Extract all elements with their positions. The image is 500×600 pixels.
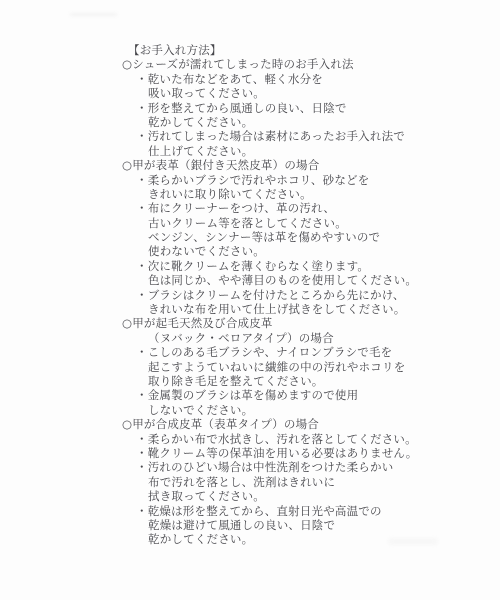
instruction-line: ・ブラシはクリームを付けたところから先にかけ、 — [136, 288, 500, 302]
instruction-line: ・柔らかいブラシで汚れやホコリ、砂などを — [136, 173, 500, 187]
care-instructions-text: 【お手入れ方法】 ○シューズが濡れてしまった時のお手入れ法 ・乾いた布などをあて… — [0, 43, 500, 547]
scan-artifact — [388, 538, 438, 545]
instruction-line-continuation: 乾燥は避けて風通しの良い、日陰で — [148, 518, 500, 532]
instruction-line-continuation: きれいな布を用いて仕上げ拭きをしてください。 — [148, 302, 500, 316]
instruction-line-continuation: しないでください。 — [148, 403, 500, 417]
instruction-line: ・形を整えてから風通しの良い、日陰で — [136, 101, 500, 115]
instruction-line-continuation: 乾かしてください。 — [148, 532, 500, 546]
instruction-line-continuation: 乾かしてください。 — [148, 115, 500, 129]
document-title: 【お手入れ方法】 — [128, 43, 500, 57]
section-heading: ○甲が表革（銀付き天然皮革）の場合 — [122, 158, 500, 172]
instruction-line-continuation: 起こすようていねいに繊維の中の汚れやホコリを — [148, 360, 500, 374]
section-heading: ○甲が起毛天然及び合成皮革 — [122, 316, 500, 330]
instruction-line-continuation: ベンジン、シンナー等は革を傷めやすいので — [148, 230, 500, 244]
instruction-line-continuation: 古いクリーム等を落としてください。 — [148, 216, 500, 230]
instruction-line: ・柔らかい布で水拭きし、汚れを落としてください。 — [136, 432, 500, 446]
section-heading-continuation: （ヌバック・ベロアタイプ）の場合 — [148, 331, 500, 345]
instruction-line-continuation: 仕上げてください。 — [148, 144, 500, 158]
instruction-line: ・布にクリーナーをつけ、革の汚れ、 — [136, 201, 500, 215]
scan-artifact — [70, 13, 117, 16]
instruction-line: ・靴クリーム等の保革油を用いる必要はありません。 — [136, 446, 500, 460]
instruction-line-continuation: 取り除き毛足を整えてください。 — [148, 374, 500, 388]
instruction-line: ・乾いた布などをあて、軽く水分を — [136, 72, 500, 86]
section-heading: ○シューズが濡れてしまった時のお手入れ法 — [122, 57, 500, 71]
instruction-line: ・次に靴クリームを薄くむらなく塗ります。 — [136, 259, 500, 273]
instruction-line: ・汚れてしまった場合は素材にあったお手入れ法で — [136, 129, 500, 143]
scanned-document-page: 【お手入れ方法】 ○シューズが濡れてしまった時のお手入れ法 ・乾いた布などをあて… — [0, 0, 500, 600]
instruction-line: ・乾燥は形を整えてから、直射日光や高温での — [136, 504, 500, 518]
instruction-line-continuation: きれいに取り除いてください。 — [148, 187, 500, 201]
instruction-line-continuation: 使わないでください。 — [148, 244, 500, 258]
section-heading: ○甲が合成皮革（表革タイプ）の場合 — [122, 417, 500, 431]
instruction-line-continuation: 色は同じか、やや薄目のものを使用してください。 — [148, 273, 500, 287]
instruction-line-continuation: 吸い取ってください。 — [148, 86, 500, 100]
instruction-line: ・汚れのひどい場合は中性洗剤をつけた柔らかい — [136, 460, 500, 474]
instruction-line: ・金属製のブラシは革を傷めますので使用 — [136, 388, 500, 402]
instruction-line-continuation: 拭き取ってください。 — [148, 489, 500, 503]
instruction-line: ・こしのある毛ブラシや、ナイロンブラシで毛を — [136, 345, 500, 359]
instruction-line-continuation: 布で汚れを落とし、洗剤はきれいに — [148, 475, 500, 489]
